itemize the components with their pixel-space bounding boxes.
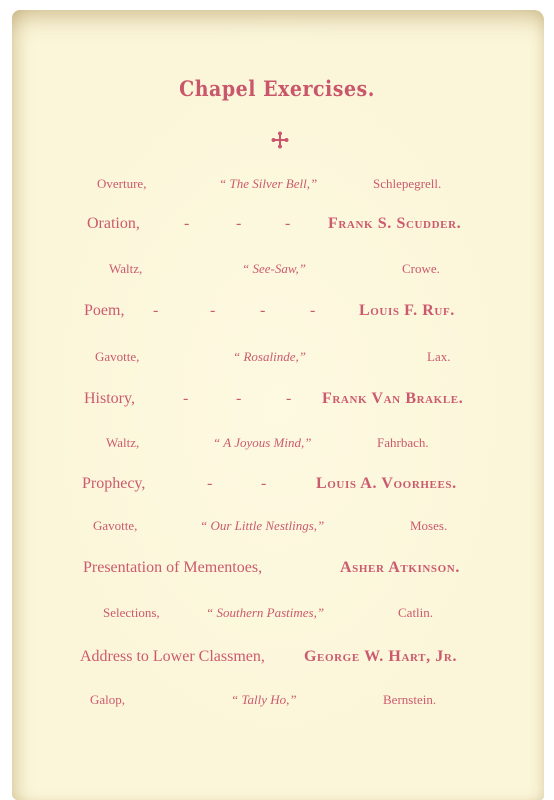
program-item-speech: Presentation of Mementoes, Asher Atkinso… [0,559,554,581]
leader-dash: - [310,302,315,320]
leader-dash: - [236,390,241,408]
program-item-music: Waltz, “ A Joyous Mind,” Fahrbach. [0,435,554,453]
leader-dash: - [236,215,241,233]
program-item-music: Overture, “ The Silver Bell,” Schlepegre… [0,176,554,194]
music-form: Waltz, [109,261,142,277]
program-item-music: Gavotte, “ Rosalinde,” Lax. [0,349,554,367]
music-piece-title: “ Tally Ho,” [231,692,297,708]
program-item-music: Galop, “ Tally Ho,” Bernstein. [0,692,554,710]
program-item-speech: Poem, - - - - Louis F. Ruf. [0,302,554,324]
program-item-music: Waltz, “ See-Saw,” Crowe. [0,261,554,279]
music-form: Selections, [103,605,160,621]
leader-dash: - [285,215,290,233]
program-item-speech: History, - - - Frank Van Brakle. [0,390,554,412]
speech-part: Oration, [87,215,140,233]
music-form: Waltz, [106,435,139,451]
program-item-speech: Oration, - - - Frank S. Scudder. [0,215,554,237]
cross-ornament-icon [270,130,290,150]
speech-part: Poem, [84,302,124,320]
leader-dash: - [286,390,291,408]
speech-part: Presentation of Mementoes, [83,559,262,577]
leader-dash: - [260,302,265,320]
leader-dash: - [184,215,189,233]
music-form: Galop, [90,692,125,708]
music-piece-title: “ A Joyous Mind,” [213,435,311,451]
music-composer: Fahrbach. [377,435,429,451]
leader-dash: - [207,475,212,493]
music-composer: Lax. [427,349,450,365]
leader-dash: - [210,302,215,320]
music-composer: Crowe. [402,261,440,277]
speaker-name: Asher Atkinson. [340,559,460,577]
music-piece-title: “ Rosalinde,” [233,349,306,365]
music-piece-title: “ See-Saw,” [242,261,306,277]
music-form: Gavotte, [95,349,139,365]
speaker-name: Frank Van Brakle. [322,390,463,408]
speech-part: History, [84,390,135,408]
leader-dash: - [261,475,266,493]
music-composer: Bernstein. [383,692,436,708]
speaker-name: Louis F. Ruf. [359,302,455,320]
music-form: Overture, [97,176,146,192]
leader-dash: - [153,302,158,320]
music-composer: Schlepegrell. [373,176,441,192]
program-item-music: Selections, “ Southern Pastimes,” Catlin… [0,605,554,623]
leader-dash: - [183,390,188,408]
speaker-name: Louis A. Voorhees. [316,475,457,493]
music-composer: Catlin. [398,605,433,621]
music-piece-title: “ Southern Pastimes,” [206,605,324,621]
speaker-name: George W. Hart, Jr. [304,648,457,666]
music-piece-title: “ Our Little Nestlings,” [200,518,324,534]
music-piece-title: “ The Silver Bell,” [219,176,317,192]
music-form: Gavotte, [93,518,137,534]
program-item-speech: Address to Lower Classmen, George W. Har… [0,648,554,670]
program-item-speech: Prophecy, - - Louis A. Voorhees. [0,475,554,497]
program-item-music: Gavotte, “ Our Little Nestlings,” Moses. [0,518,554,536]
page-title: Chapel Exercises. [0,76,554,101]
speech-part: Address to Lower Classmen, [80,648,265,666]
music-composer: Moses. [410,518,447,534]
speaker-name: Frank S. Scudder. [328,215,461,233]
speech-part: Prophecy, [82,475,145,493]
